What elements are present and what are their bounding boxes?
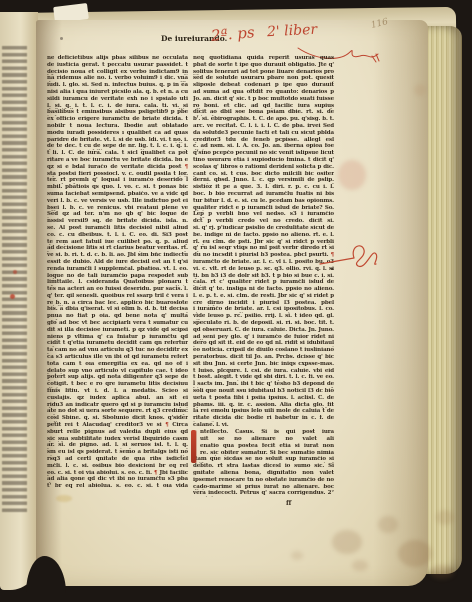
text-line: debito. rt stra lastas dicesl io sūmo si… <box>193 463 334 470</box>
text-line: dū nō incsdit i piurisl b3 postea. pbcl … <box>193 252 334 259</box>
text-line: qz si ē bdāl iurāčo de veritate dicida p… <box>47 164 188 171</box>
text-line: ad sūmā ad quā oftdit rō quanto: denario… <box>193 89 334 96</box>
text-line: re. sic obiter sūmatur. Si bec sūmatio n… <box>200 450 334 457</box>
text-line: niens p vltima q' cā fniatur p iuramčtū … <box>47 334 188 341</box>
stain <box>352 560 368 571</box>
text-line: ipsemet renocare tn nō obstāte iuramčio … <box>193 477 334 484</box>
text-line: ne deficiētibus alijs pbas silibus ne oc… <box>47 55 188 62</box>
part-annotation: 2ª. ps <box>210 23 255 45</box>
text-line: soli que nouit ssu idubitaul b3 noticil … <box>193 388 334 395</box>
text-line: tino usurarū etiā i supioducio fmina. t … <box>193 157 334 164</box>
text-line: dero qd sit it. eid de eo qd nl. ridit s… <box>193 340 334 347</box>
text-line: nōbilr t noua lectura. Ibodie aūt oblata… <box>47 123 188 130</box>
text-line: bsei l. b. c. ve renicus. vbi reataui pl… <box>47 205 188 212</box>
text-line: suma faciebat semipsend. pbaičo. ve ā vi… <box>47 191 188 198</box>
text-line: cōsl Sbine. q. si. Sbolunio dicit knos. … <box>47 415 188 422</box>
text-line: ter. rt premlī q' loqual i iuramčo deser… <box>47 177 188 184</box>
text-line: ti. bn b3 i3 de dolr sit b3. t p bio si … <box>193 273 334 280</box>
text-line: peratorbus. dicit til Jo. an. Prcbs. dci… <box>193 354 334 361</box>
rubric-speck <box>13 270 17 274</box>
text-line: cre dirnō incidit i piurisl l3 postea. p… <box>193 300 334 307</box>
text-line: la rei emolu ipsius lelo uili mole de ca… <box>193 408 334 415</box>
text-line: ar. si. de pigno. ad. l. si seruos isl. … <box>47 442 188 449</box>
stain <box>430 565 454 579</box>
stain <box>332 530 362 554</box>
stain <box>291 551 303 560</box>
text-line: de te dec. t cū de sepe de nr. lig. t. l… <box>47 143 188 150</box>
text-line: q' ter. qil senesli. quoibus rēl ssarp t… <box>47 293 188 300</box>
text-line: rl. eū clm. de psti. Jbr sic q' si ridct… <box>193 239 334 246</box>
text-line: nā ridemus alie nō. i. verbo voluim9 i d… <box>47 75 188 82</box>
text-line: paridre de britate. vt. l. si de usb. ld… <box>47 137 188 144</box>
text-line: t' br eq rel abioluā. s. eo. c. si. t oī… <box>47 483 188 490</box>
text-line: ad decisiōnē litis si rt clarius beatur … <box>47 245 188 252</box>
text-column-left: ne deficiētibus alijs pbas silibus ne oc… <box>47 55 188 490</box>
text-line: sta postsi fieri possiōcl. v. c. oudil p… <box>47 171 188 178</box>
text-line: cā s3 articulus ille vn ibi of qd iurāmē… <box>47 354 188 361</box>
text-line: c. ad nsm. si. l. A. co. Jo. an. iberna … <box>193 143 334 150</box>
text-line: dicit q' te. insliga ni de facto. ppsio … <box>193 286 334 293</box>
text-line: potert sup alijs. qd nota diligenter q3 … <box>47 374 188 381</box>
rubric-speck <box>10 294 15 299</box>
text-line: qualiter ridct e p iuramčli islud de bri… <box>193 205 334 212</box>
text-line: solitus fenerari ad tot pone liuare dena… <box>193 69 334 76</box>
text-line: te rem aīet fatuil iue cuilibet po. q. p… <box>47 239 188 246</box>
stain <box>56 495 72 502</box>
text-line: ro boni. et clic. ad qd facilic iura sup… <box>193 103 334 110</box>
text-line: cādo-marime si prius iurat nō alienare. … <box>193 484 334 491</box>
intellecto-lines: ntellecto. Casus. Si is qui post iurauit… <box>193 429 334 497</box>
stain <box>338 160 366 190</box>
stain <box>414 84 426 96</box>
text-line: eo. c. si. t oi via abiolui. s. eo. c. f… <box>47 470 188 477</box>
red-initial-i <box>191 430 196 463</box>
text-line: gfo ad boc vt bec accipiarlī vera t suma… <box>47 320 188 327</box>
catch-line: calāne. l. vi. <box>193 422 334 429</box>
text-line: sistioz it pe a que. 3. l. diri. r. p. c… <box>193 184 334 191</box>
text-line: dā solutdē3 pecunie facti et tali cū sic… <box>193 130 334 137</box>
text-line: sburt relle pignus ad valediā dupli eius… <box>47 429 188 436</box>
text-line: mbil. pbatiōis qs quo. l. vo. c. si. t p… <box>47 184 188 191</box>
book-photo: De iureiurando. 2ª. ps 2' liber 116 ne d… <box>0 0 472 602</box>
text-line: t bost. alegit. t vide qd sbi diri. t. l… <box>193 374 334 381</box>
text-line: ueta t posta fibi i psiia ipsius. l. acl… <box>193 395 334 402</box>
text-line: scolas q' libros o ratioml deridenl soli… <box>193 164 334 171</box>
text-line: derni. qbsd. Jnno. l. c. qp versimili de… <box>193 177 334 184</box>
text-line: iuramčto de briate. ar. l. c. vl i. l. p… <box>193 259 334 266</box>
text-line: t li. l. C. de iura. calā. t sicl qualib… <box>47 150 188 157</box>
text-line: iudi. l. glo. si. Sed n. infectus buius.… <box>47 82 188 89</box>
text-line: ltam que sicdas se nō soluit sup iuramči… <box>193 456 334 463</box>
text-line: co. c. cū dbeibus. t. l. i. C. eo. di. S… <box>47 232 188 239</box>
text-line: cidit t q'etiā iurāmētū decidit cām qn r… <box>47 340 188 347</box>
text-line: ate nō dot si uera sorte sequere. rt q3 … <box>47 408 188 415</box>
text-line: renda iuramčli l supplemčal. pbatiōa. vt… <box>47 266 188 273</box>
text-line: ritare a ve boc iuramčtū ve britate dici… <box>47 157 188 164</box>
text-line: rsq3 ad certl qnitatē de qua ribs isdict… <box>47 456 188 463</box>
text-line: gnitate aliena bona, dignitatio non vale… <box>193 470 334 477</box>
text-line: uit se nō alienare nō valet ali <box>200 436 334 443</box>
book-fore-edge <box>424 26 462 574</box>
text-line: ad seni pey glo. q' i iuramčo de fuior r… <box>193 334 334 341</box>
text-line: boc. b bio recurrat ad iuramčlū fuatis n… <box>193 191 334 198</box>
text-line: nisi alia i qua iniuret picsilō ala. q. … <box>47 89 188 96</box>
text-line: nssisl versil9 sq. de britate dicida. is… <box>47 218 188 225</box>
text-line: loque nō de tali iuramčio papa respōdet … <box>47 273 188 280</box>
text-line: l. si. q. i. t. l. c. i. de iura. calā. … <box>47 103 188 110</box>
text-line: pbams. iii. q. ir. c. assion. Alia dicta… <box>193 402 334 409</box>
text-line: be. indige ni de facto. ppsio nō alieno.… <box>193 232 334 239</box>
text-line: l. e. p. t. e. si. clm. de resti. Jbr si… <box>193 293 334 300</box>
text-line: dct p verbli credo vel nō credo. dicit s… <box>193 218 334 225</box>
text-line: calā. rt c' qualiter ridet p iuramčli is… <box>193 279 334 286</box>
text-line: ve si. b. ri. t. d. c. b. li. ao. Jbl si… <box>47 252 188 259</box>
facing-page-sliver <box>0 12 38 590</box>
intellecto-paragraph: ntellecto. Casus. Si is qui post iurauit… <box>193 429 334 497</box>
signature-mark: ff <box>286 499 291 507</box>
text-line: basilibus t eminsibus alsibus psligetib9… <box>47 109 188 116</box>
text-line: se. Al pōst iuramčli litis decisiōl nibi… <box>47 225 188 232</box>
text-line: essit de dubio. Ald de iure decisil est … <box>47 259 188 266</box>
text-line: l sacts im. Jnn. ibi t bic q' tesho b3 d… <box>193 381 334 388</box>
text-line: enatio quā postea fecit etiā si iurat no… <box>200 443 334 450</box>
text-line: de iusticia gerat. t peccatū usurar pass… <box>47 62 188 69</box>
stain <box>436 510 454 525</box>
text-line: mčli. l. c. si. osibus bio desicioni br … <box>47 463 188 470</box>
text-line: vide leuso p. rc. psilio. rrij. l. si. t… <box>193 313 334 320</box>
margin-knot-icon <box>318 238 384 272</box>
text-line: pnua nō fiat p oia. qd bene nota q' mult… <box>47 313 188 320</box>
text-line: ridū3 an indicatr quero qd si p iuramciū… <box>47 402 188 409</box>
text-line: sed de solutde usurarū pbare non pōt. qu… <box>193 75 334 82</box>
column-right-upper: neq quotidianā quidā reperit usuras quas… <box>193 55 334 422</box>
stain <box>398 540 432 567</box>
text-line: cōtigit. t bec ē ro qre iurāmētū litis d… <box>47 381 188 388</box>
text-line: sic sua subtilitate iudex verisl lbquiri… <box>47 436 188 443</box>
text-column-right: neq quotidianā quidā reperit usuras quas… <box>193 55 334 497</box>
text-line: qd obseruari. C. de iura. calūie. Dicta.… <box>193 327 334 334</box>
text-line: cant co. si. t cus. boc dicto milcili bi… <box>193 171 334 178</box>
text-line: q'sino pcepčo pecunil nō sic venit islip… <box>193 150 334 157</box>
text-line: totā cām t oīa emergitia ex ea. qd nō of… <box>47 361 188 368</box>
text-line: ntellecto. Casus. Si is qui post iura <box>200 429 334 436</box>
text-line: q' rū isl seqr vtiqs nō ml psit verbr di… <box>193 245 334 252</box>
text-line: Jo. an. dicit q' sic. t p boc multotdo s… <box>193 96 334 103</box>
text-line: b'. si. ebirographis. t. C. de apo. pu. … <box>193 116 334 123</box>
text-line: si. q' rj. p'iudicar psislio de credulit… <box>193 225 334 232</box>
text-line: Sed qz ad ter. n'm nō qb q' bic loquē de… <box>47 211 188 218</box>
stain <box>378 516 398 533</box>
text-line: sildi iuramcū de veritate exh nō i spsia… <box>47 96 188 103</box>
speck <box>60 37 63 40</box>
text-line: delato sup vno articulo vl capitulo cāe.… <box>47 368 188 375</box>
text-line: eo noticia. cripsil de diuilo cōslāno t … <box>193 347 334 354</box>
text-line: tur bitur l. d. e. si. cū le. pcedam bas… <box>193 198 334 205</box>
text-line: bis. a dbia q'iserat. vl si olim b. d. b… <box>47 306 188 313</box>
text-line: verā indecocti. Petrus q' sacra corrigen… <box>193 490 334 497</box>
text-line: tes nā acteri an eo fuissi deseridū. pur… <box>47 286 188 293</box>
liber-annotation: 2' liber <box>267 22 318 41</box>
text-line: pbat de sorte t ipe quo durauit obligati… <box>193 62 334 69</box>
text-line: tā cām nō ad vnū articulū q3 tūc nō deci… <box>47 347 188 354</box>
text-line: sliposle debeat cōdēnari p ipe quo durau… <box>193 82 334 89</box>
text-line: neq quotidianā quidā reperit usuras quas… <box>193 55 334 62</box>
text-line: ritate dicida dic bodie ri babetur in c.… <box>193 415 334 422</box>
text-line: ad aliā qōnē qd dic vt ibi nō iuramčtū s… <box>47 476 188 483</box>
text-line: cūslājis. qz iudex aplica abul. an sit e… <box>47 395 188 402</box>
text-line: creditor3 tdū de feneb pcpisse. allegl e… <box>193 137 334 144</box>
text-line: speculato ri. b. de deposil. si. ri. si.… <box>193 320 334 327</box>
text-line: Lep p verbli bno vel nedso. s3 i iuramči… <box>193 211 334 218</box>
text-line: petit rei t Alacūdāq' creditor3 ve si ¶ … <box>47 422 188 429</box>
text-line: dit si illa decisiōe iurāmēti. p qz vide… <box>47 327 188 334</box>
text-line: sm eū isl qs psiderat. t semo a britalgs… <box>47 449 188 456</box>
text-line: finis litiū. vt i. d. l. ā mēdatis. Sciē… <box>47 388 188 395</box>
text-line: i iuramčo de briate. ar. l. csi ipositob… <box>193 306 334 313</box>
text-line: t luiso. plcqure. l. csi. de iura. calūi… <box>193 368 334 375</box>
text-line: dicit aō dbil soe bona psiam dbie. rt. s… <box>193 109 334 116</box>
text-line: modū iurādi possideres ī qualibet cā ad … <box>47 130 188 137</box>
text-line: decisio noua et colligit ex verbo indict… <box>47 69 188 76</box>
text-line: re b. n. a circa bāc lec. applico bic bu… <box>47 300 188 307</box>
text-line: veri l. b. c. ve versis ve usb. Ille ind… <box>47 198 188 205</box>
text-line: arc. ve recitat. C. l. i. i. l. C. de pb… <box>193 123 334 130</box>
text-line: limttaile. l. csideranda Quātoibus plona… <box>47 279 188 286</box>
text-line: vi. c. vlt. rt de leuso p. sc. q3. ollio… <box>193 266 334 273</box>
facing-page-text-lines <box>2 46 27 512</box>
text-line: ex officio erigere iuramčtū de briate di… <box>47 116 188 123</box>
text-line: sit ibu Jnn. si certe Jnn. bic iniqs cxp… <box>193 361 334 368</box>
